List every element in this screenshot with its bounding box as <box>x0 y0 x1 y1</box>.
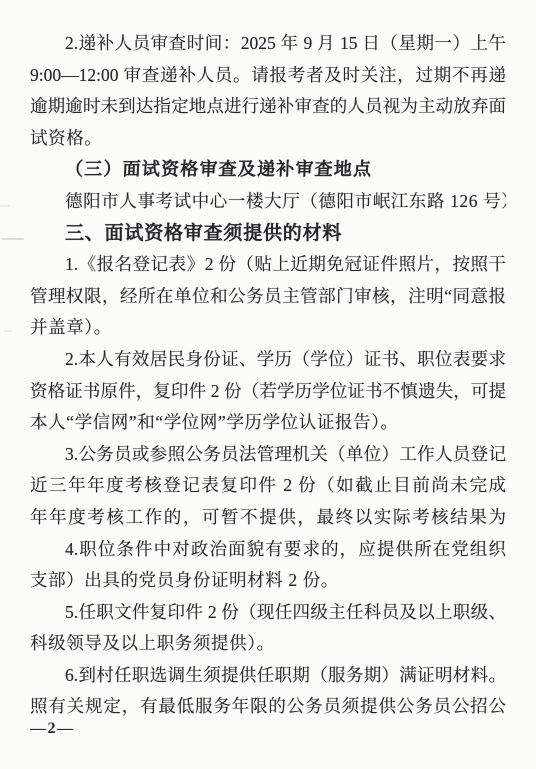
document-line: 支部）出具的党员身份证明材料 2 份。 <box>30 565 506 597</box>
page-number: —2— <box>30 719 75 739</box>
document-line: 管理权限，经所在单位和公务员主管部门审核，注明“同意报考” <box>30 281 506 313</box>
document-line: 科级领导及以上职务须提供）。 <box>30 628 506 660</box>
document-page: 2.递补人员审查时间：2025 年 9 月 15 日（星期一）上午 9:00—1… <box>0 0 536 769</box>
document-line: 4.职位条件中对政治面貌有要求的，应提供所在党组织（党 <box>30 534 506 566</box>
document-line: 近三年年度考核登记表复印件 2 份（如截止目前尚未完成 2024 <box>30 470 506 502</box>
scan-artifact <box>4 330 12 332</box>
document-line: 6.到村任职选调生须提供任职期（服务期）满证明材料。按 <box>30 660 506 692</box>
document-line: 逾期逾时未到达指定地点进行递补审查的人员视为主动放弃面 <box>30 91 506 123</box>
document-line: 试资格。 <box>30 123 506 155</box>
scan-artifact <box>2 238 24 240</box>
document-line: 1.《报名登记表》2 份（贴上近期免冠证件照片，按照干部 <box>30 249 506 281</box>
document-line: 9:00—12:00 审查递补人员。请报考者及时关注，过期不再递补； <box>30 60 506 92</box>
document-line: 资格证书原件，复印件 2 份（若学历学位证书不慎遗失，可提供 <box>30 376 506 408</box>
document-body: 2.递补人员审查时间：2025 年 9 月 15 日（星期一）上午 9:00—1… <box>30 28 506 723</box>
document-line: 德阳市人事考试中心一楼大厅（德阳市岷江东路 126 号）。 <box>30 186 506 218</box>
scan-artifact <box>0 205 10 207</box>
document-line: 2.递补人员审查时间：2025 年 9 月 15 日（星期一）上午 <box>30 28 506 60</box>
section-heading-location: （三）面试资格审查及递补审查地点 <box>29 154 506 186</box>
document-line: 并盖章）。 <box>30 312 506 344</box>
document-line: 3.公务员或参照公务员法管理机关（单位）工作人员登记表、 <box>30 439 506 471</box>
document-line: 本人“学信网”和“学位网”学历学位认证报告）。 <box>30 407 506 439</box>
document-line: 5.任职文件复印件 2 份（现任四级主任科员及以上职级、副 <box>30 597 506 629</box>
section-heading-materials: 三、面试资格审查须提供的材料 <box>30 218 506 250</box>
document-line: 照有关规定，有最低服务年限的公务员须提供公务员公招公告、 <box>30 691 506 723</box>
document-line: 2.本人有效居民身份证、学历（学位）证书、职位表要求的 <box>30 344 506 376</box>
document-line: 年年度考核工作的，可暂不提供，最终以实际考核结果为准）。 <box>30 502 506 534</box>
